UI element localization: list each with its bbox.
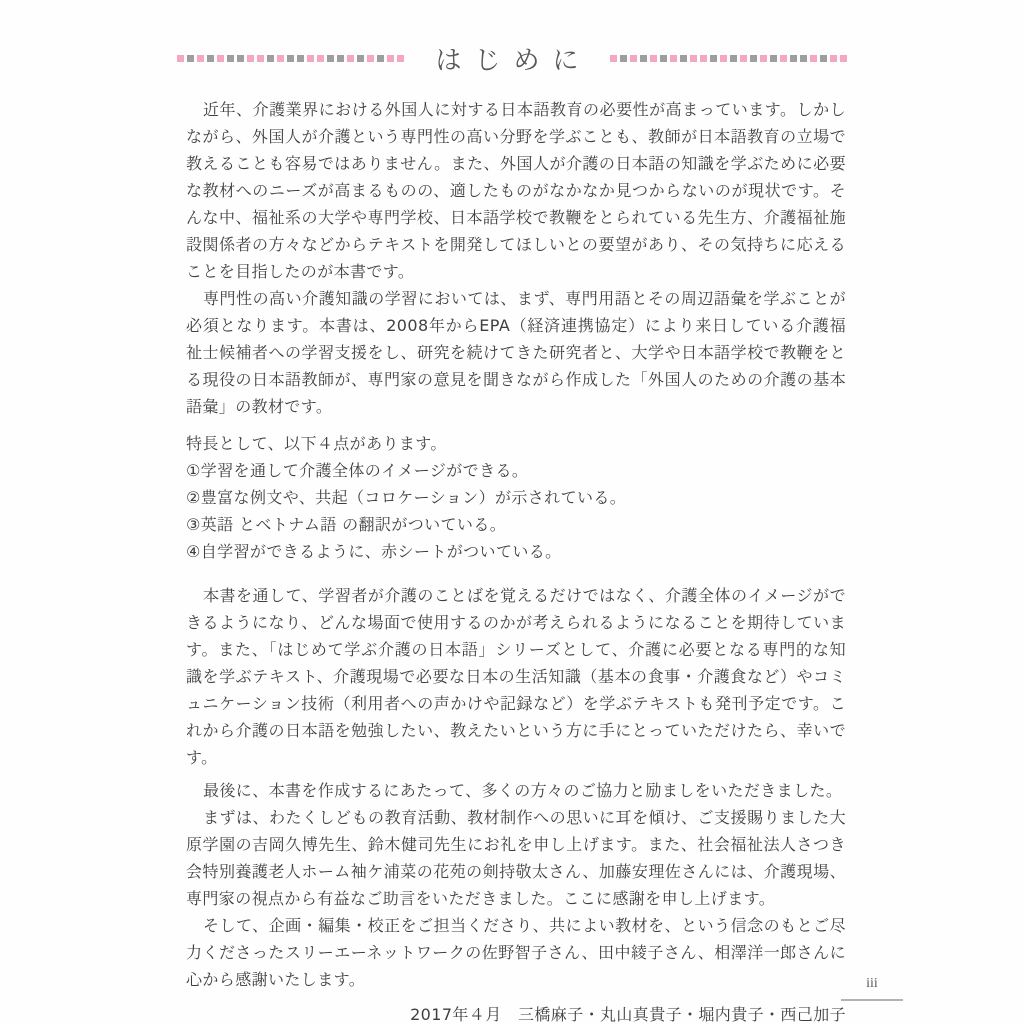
gray-dot xyxy=(820,55,827,62)
feature-item-1: ①学習を通して介護全体のイメージができる。 xyxy=(186,457,846,484)
pink-dot xyxy=(670,55,677,62)
pink-dot xyxy=(277,55,284,62)
gray-dot xyxy=(327,55,334,62)
page-number: iii xyxy=(841,976,903,992)
gray-dot xyxy=(297,55,304,62)
pink-dot xyxy=(700,55,707,62)
feature-item-3: ③英語 とベトナム語 の翻訳がついている。 xyxy=(186,511,846,538)
features-section: 特長として、以下４点があります。 ①学習を通して介護全体のイメージができる。 ②… xyxy=(186,430,846,565)
pink-dot xyxy=(347,55,354,62)
pink-dot xyxy=(307,55,314,62)
paragraph-background: 近年、介護業界における外国人に対する日本語教育の必要性が高まっています。しかしな… xyxy=(186,96,846,285)
gray-dot xyxy=(377,55,384,62)
gray-dot xyxy=(640,55,647,62)
pink-dot xyxy=(247,55,254,62)
acknowledgement-3: そして、企画・編集・校正をご担当くださり、共によい教材を、という信念のもとご尽力… xyxy=(186,912,846,993)
pink-dot xyxy=(650,55,657,62)
paragraph-expectation: 本書を通して、学習者が介護のことばを覚えるだけではなく、介護全体のイメージができ… xyxy=(186,582,846,771)
pink-dot xyxy=(810,55,817,62)
pink-dot xyxy=(690,55,697,62)
gray-dot xyxy=(227,55,234,62)
pink-dot xyxy=(760,55,767,62)
gray-dot xyxy=(337,55,344,62)
gray-dot xyxy=(680,55,687,62)
gray-dot xyxy=(287,55,294,62)
pink-dot xyxy=(840,55,847,62)
pink-dot xyxy=(197,55,204,62)
paragraph-book-origin: 専門性の高い介護知識の学習においては、まず、専門用語とその周辺語彙を学ぶことが必… xyxy=(186,285,846,420)
gray-dot xyxy=(730,55,737,62)
pink-dot xyxy=(367,55,374,62)
page-number-rule xyxy=(841,999,903,1001)
pink-dot xyxy=(610,55,617,62)
pink-dot xyxy=(257,55,264,62)
gray-dot xyxy=(187,55,194,62)
pink-dot xyxy=(780,55,787,62)
gray-dot xyxy=(800,55,807,62)
acknowledgement-2: まずは、わたくしどもの教育活動、教材制作への思いに耳を傾け、ご支援賜りました大原… xyxy=(186,804,846,912)
pink-dot xyxy=(177,55,184,62)
gray-dot xyxy=(710,55,717,62)
acknowledgement-1: 最後に、本書を作成するにあたって、多くの方々のご協力と励ましをいただきました。 xyxy=(186,777,846,804)
date-authors-signature: 2017年４月 三橋麻子・丸山真貴子・堀内貴子・西己加子 xyxy=(186,1001,846,1024)
title-decoration-left-dots xyxy=(177,55,404,62)
page-title: はじめに xyxy=(422,40,591,77)
gray-dot xyxy=(790,55,797,62)
pink-dot xyxy=(387,55,394,62)
document-body: 近年、介護業界における外国人に対する日本語教育の必要性が高まっています。しかしな… xyxy=(186,96,846,1024)
pink-dot xyxy=(317,55,324,62)
pink-dot xyxy=(217,55,224,62)
pink-dot xyxy=(830,55,837,62)
document-page: はじめに 近年、介護業界における外国人に対する日本語教育の必要性が高まっています… xyxy=(0,0,1024,1024)
gray-dot xyxy=(660,55,667,62)
gray-dot xyxy=(770,55,777,62)
feature-item-4: ④自学習ができるように、赤シートがついている。 xyxy=(186,538,846,565)
gray-dot xyxy=(207,55,214,62)
pink-dot xyxy=(740,55,747,62)
gray-dot xyxy=(267,55,274,62)
gray-dot xyxy=(357,55,364,62)
gray-dot xyxy=(620,55,627,62)
gray-dot xyxy=(750,55,757,62)
feature-item-2: ②豊富な例文や、共起（コロケーション）が示されている。 xyxy=(186,484,846,511)
pink-dot xyxy=(397,55,404,62)
pink-dot xyxy=(720,55,727,62)
features-intro: 特長として、以下４点があります。 xyxy=(186,430,846,457)
gray-dot xyxy=(237,55,244,62)
title-decoration-right-dots xyxy=(610,55,847,62)
acknowledgements-section: 最後に、本書を作成するにあたって、多くの方々のご協力と励ましをいただきました。 … xyxy=(186,777,846,993)
page-header: はじめに xyxy=(0,0,1024,77)
pink-dot xyxy=(630,55,637,62)
